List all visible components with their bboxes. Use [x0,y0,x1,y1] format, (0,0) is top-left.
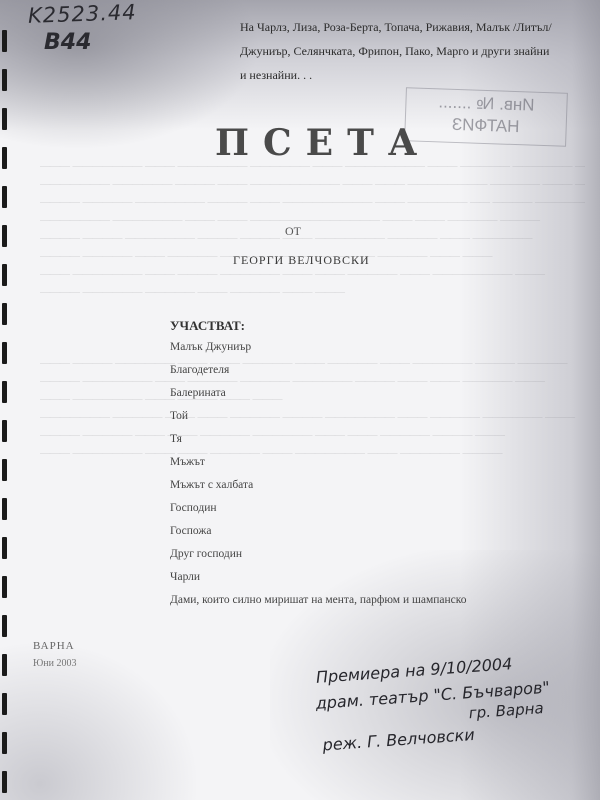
by-label: ОТ [285,224,301,239]
cast-role: Малък Джуниър [170,336,467,359]
cast-role: Друг господин [170,543,467,566]
cast-role: Мъжът с халбата [170,474,467,497]
dedication-line: и незнайни. . . [240,63,580,87]
archive-code: K2523.44 [28,0,137,28]
scan-shadow-bottom-left [0,640,200,800]
dedication: На Чарлз, Лиза, Роза-Берта, Топача, Рижа… [240,15,580,87]
date: Юни 2003 [33,658,76,669]
author-name: ГЕОРГИ ВЕЛЧОВСКИ [233,253,370,268]
note-director: реж. Г. Велчовски [322,713,600,758]
handwritten-premiere-note: Премиера на 9/10/2004 драм. театър "С. Б… [315,645,600,758]
play-title: ПСЕТА [215,122,431,164]
cast-role: Благодетеля [170,359,467,382]
cast-role: Той [170,405,467,428]
archive-shelf-mark: B44 [44,30,91,55]
cast-role: Балерината [170,382,467,405]
binding-holes [2,30,12,800]
city: ВАРНА [33,640,75,652]
bleed-through-text: ——— ——————— ——— ——————— —————— ——— —————… [40,158,585,302]
cast-role: Тя [170,428,467,451]
cast-role: Чарли [170,566,467,589]
dedication-line: Джуниър, Селянчката, Фрипон, Пако, Марго… [240,39,580,63]
cast-role: Господин [170,497,467,520]
dedication-line: На Чарлз, Лиза, Роза-Берта, Топача, Рижа… [240,15,580,39]
cast-role: Дами, които силно миришат на мента, парф… [170,589,467,612]
cast-role: Мъжът [170,451,467,474]
cast-heading: УЧАСТВАТ: [170,318,245,334]
cast-list: Малък Джуниър Благодетеля Балерината Той… [170,336,467,612]
cast-role: Госпожа [170,520,467,543]
